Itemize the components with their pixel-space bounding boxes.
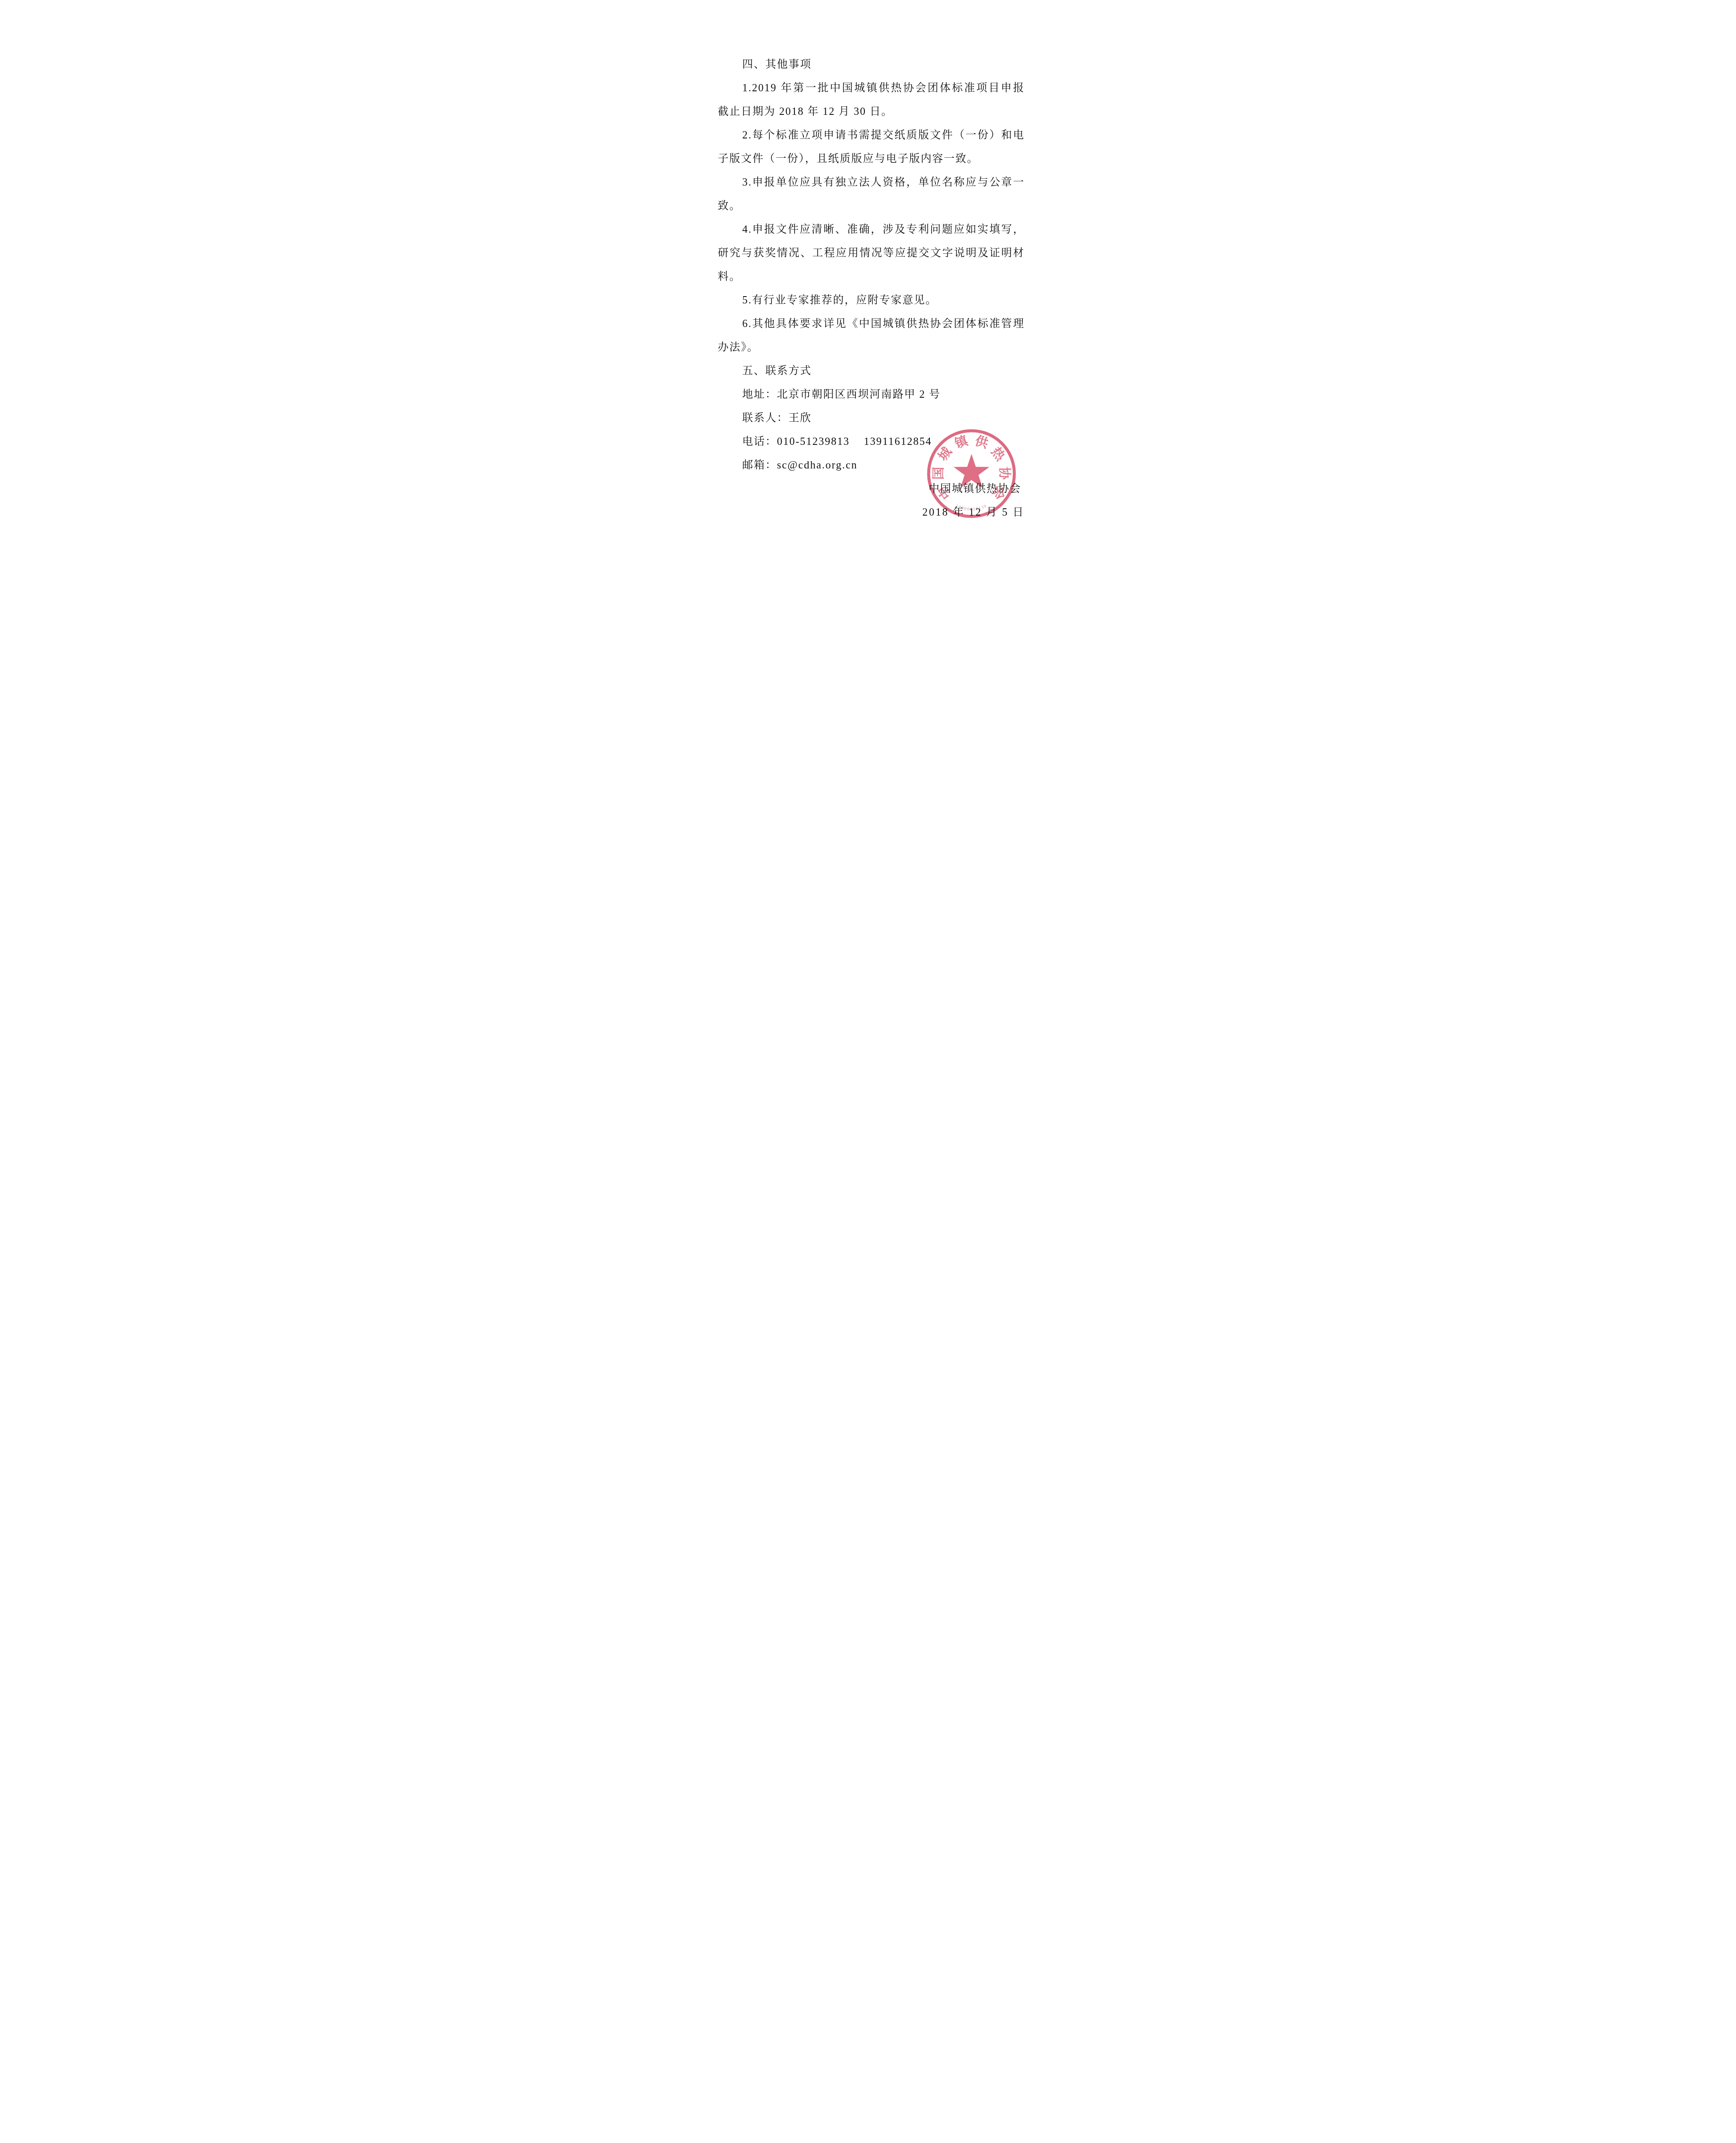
heading-other-matters: 四、其他事项 — [718, 53, 1025, 76]
text-line: 3.申报单位应具有独立法人资格，单位名称应与公章一 — [718, 171, 1025, 194]
heading-contact-info: 五、联系方式 — [718, 359, 1025, 383]
text-line: 截止日期为 2018 年 12 月 30 日。 — [718, 100, 1025, 123]
text-line: 2.每个标准立项申请书需提交纸质版文件（一份）和电 — [718, 123, 1025, 147]
contact-email: 邮箱：sc@cdha.org.cn — [718, 453, 1025, 477]
text-line: 子版文件（一份），且纸质版应与电子版内容一致。 — [718, 147, 1025, 171]
text-line: 研究与获奖情况、工程应用情况等应提交文字说明及证明材 — [718, 241, 1025, 265]
signature-org: 中国城镇供热协会 — [718, 477, 1025, 501]
text-line: 致。 — [718, 194, 1025, 218]
signature-date: 2018 年 12 月 5 日 — [718, 501, 1025, 524]
text-line: 办法》。 — [718, 336, 1025, 359]
contact-person: 联系人：王欣 — [718, 406, 1025, 430]
text-line: 4.申报文件应清晰、准确，涉及专利问题应如实填写， — [718, 218, 1025, 241]
contact-address: 地址：北京市朝阳区西坝河南路甲 2 号 — [718, 383, 1025, 406]
text-line: 料。 — [718, 265, 1025, 288]
text-line: 1.2019 年第一批中国城镇供热协会团体标准项目申报 — [718, 76, 1025, 100]
text-line: 6.其他具体要求详见《中国城镇供热协会团体标准管理 — [718, 312, 1025, 336]
document-page: 四、其他事项 1.2019 年第一批中国城镇供热协会团体标准项目申报 截止日期为… — [651, 0, 1085, 614]
document-body: 四、其他事项 1.2019 年第一批中国城镇供热协会团体标准项目申报 截止日期为… — [718, 53, 1025, 524]
contact-phone: 电话：010-51239813 13911612854 — [718, 430, 1025, 453]
text-line: 5.有行业专家推荐的，应附专家意见。 — [718, 288, 1025, 312]
